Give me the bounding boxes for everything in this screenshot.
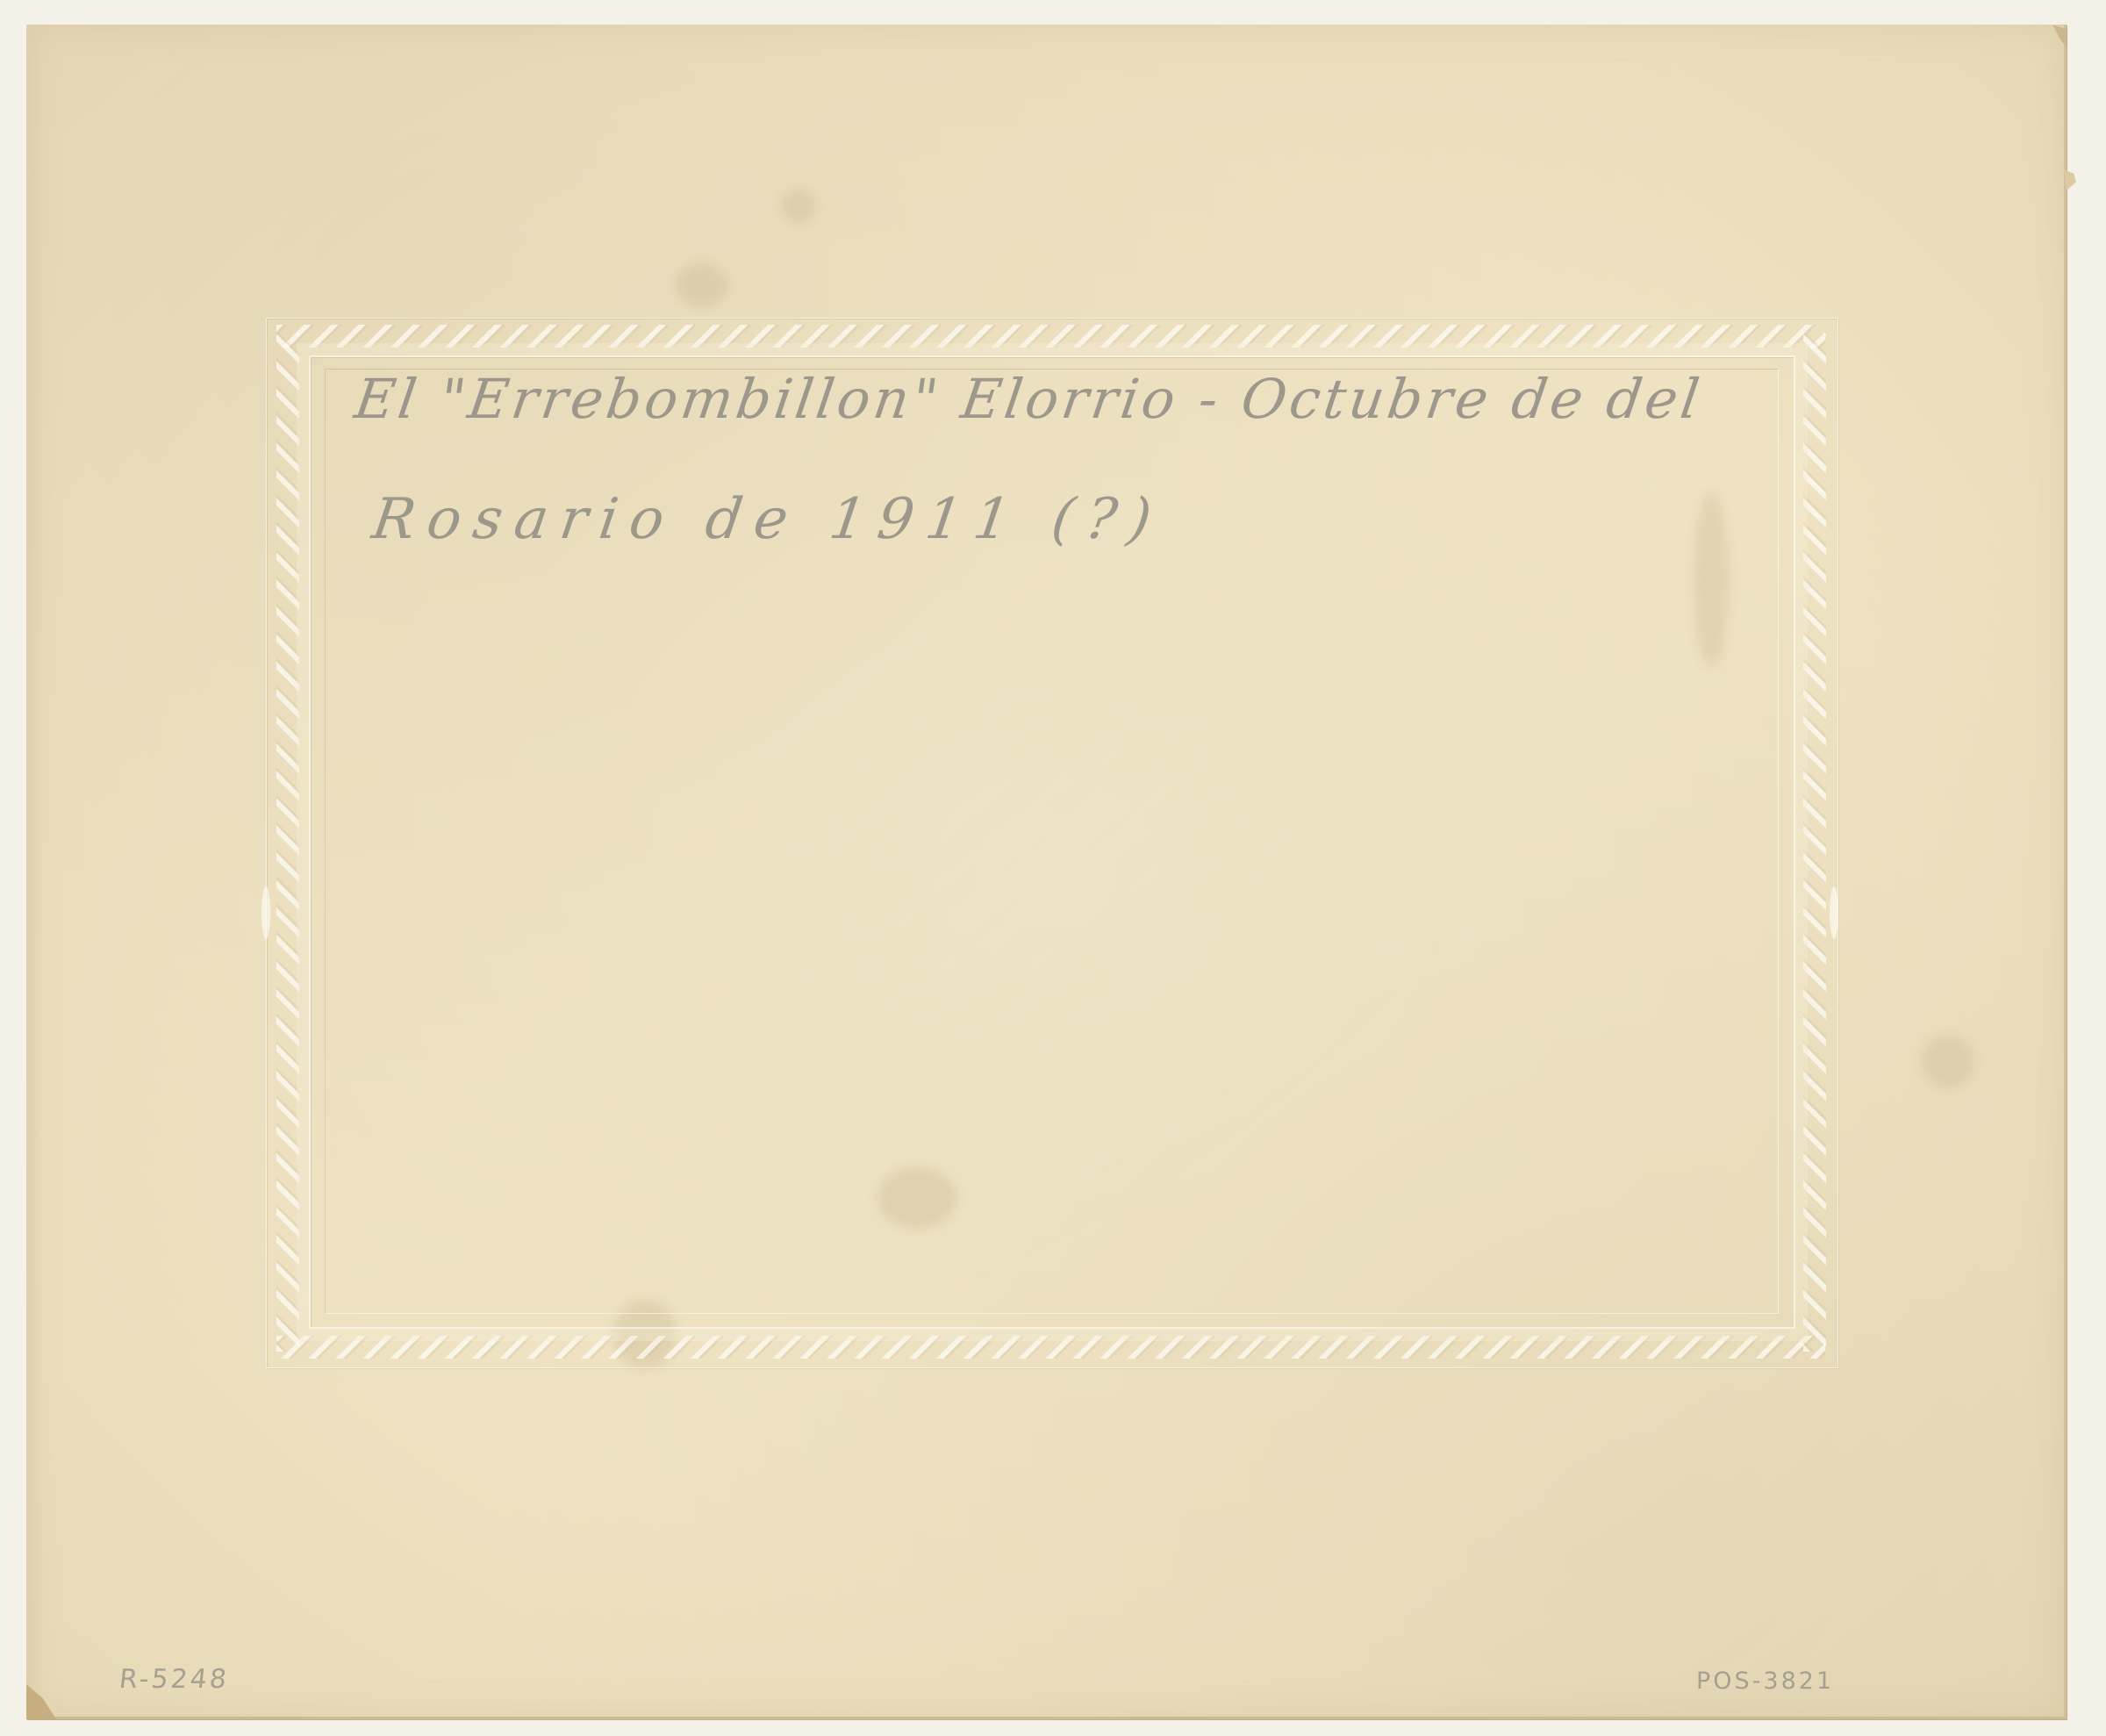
stain-spot	[1922, 1036, 1974, 1088]
stain-spot	[781, 189, 816, 224]
inscription-line-1: El "Errebombillon" Elorrio - Octubre de …	[351, 367, 1707, 431]
stain-spot	[676, 263, 728, 307]
board-edge-shading	[26, 25, 42, 1717]
catalog-number-left: R-5248	[118, 1664, 230, 1695]
catalog-number-right: POS-3821	[1696, 1668, 1834, 1695]
embossed-rope-border-left	[276, 334, 299, 1352]
worn-corner-top-right	[2052, 25, 2067, 47]
inscription-line-2: Rosario de 1911 (?)	[369, 487, 1168, 552]
frame-notch-left	[261, 886, 270, 939]
embossed-rope-border-right	[1803, 334, 1826, 1352]
embossed-rope-border-bottom	[276, 1336, 1825, 1359]
embossed-rope-border-top	[276, 325, 1825, 348]
frame-notch-right	[1830, 886, 1838, 939]
